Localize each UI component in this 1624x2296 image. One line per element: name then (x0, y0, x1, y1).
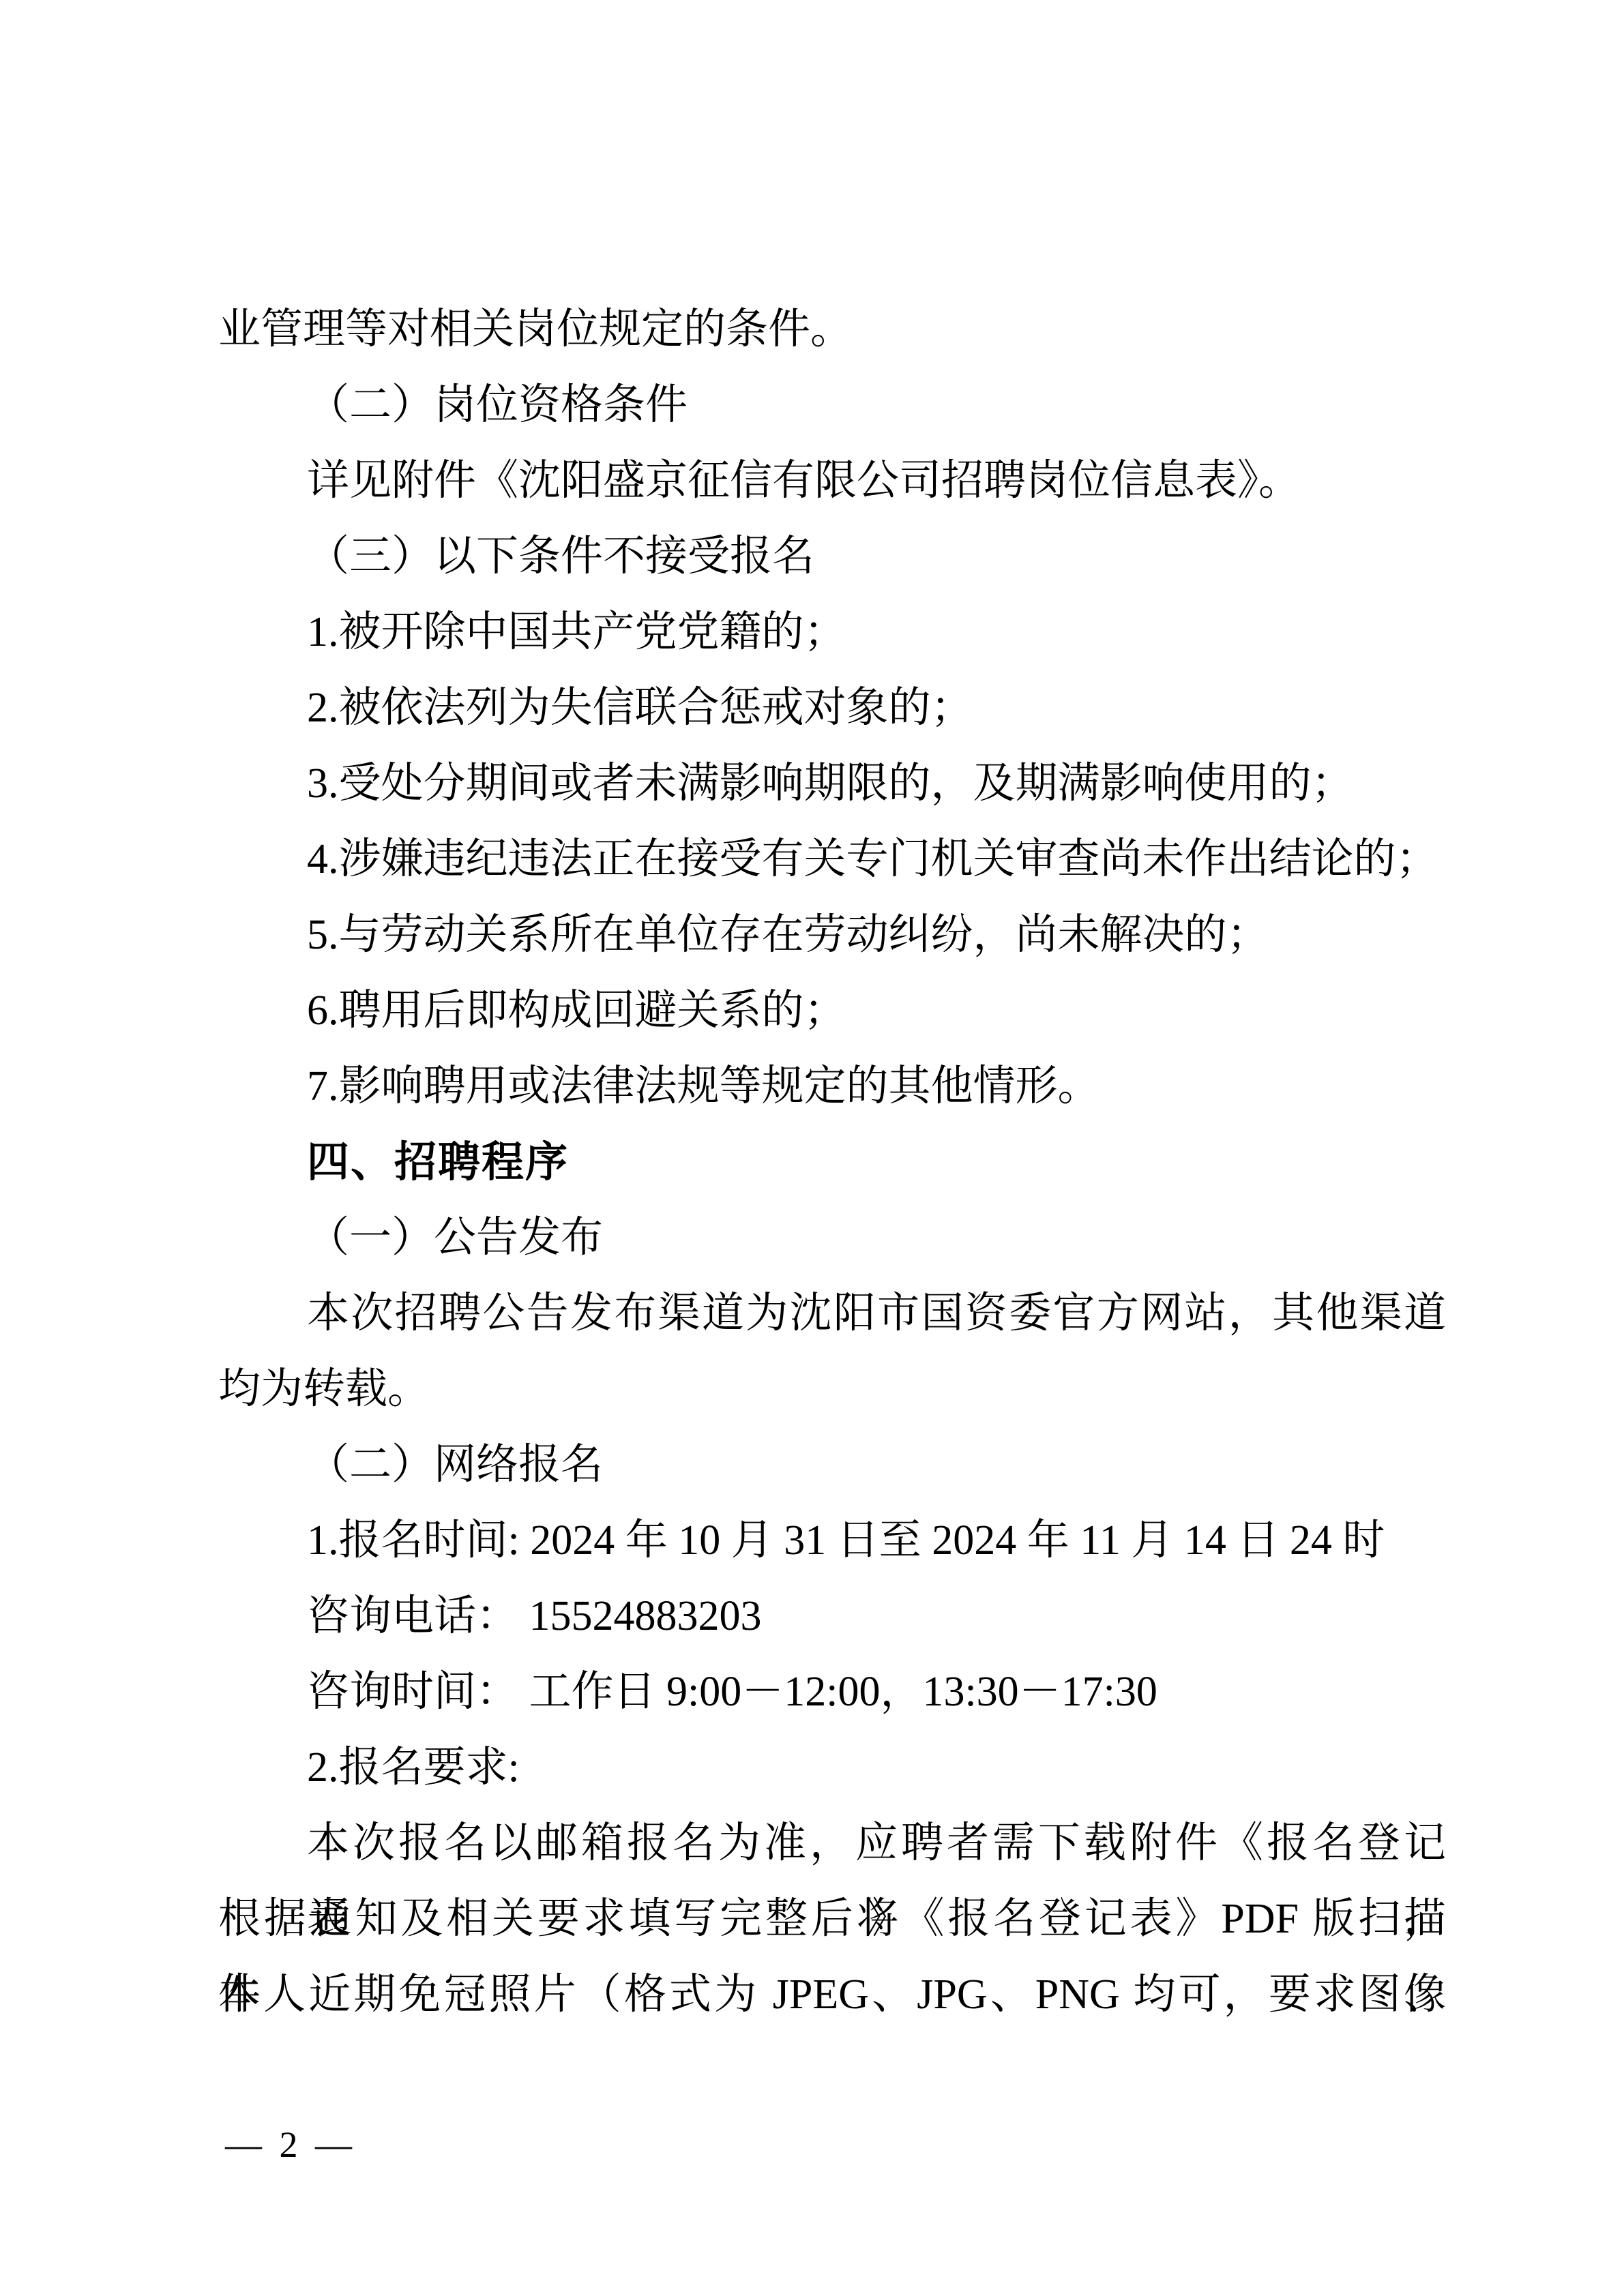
consult-phone-line: 咨询电话： 15524883203 (218, 1579, 1446, 1654)
document-page: 业管理等对相关岗位规定的条件。 （二）岗位资格条件 详见附件《沈阳盛京征信有限公… (0, 0, 1624, 2296)
text-line: 本次报名以邮箱报名为准，应聘者需下载附件《报名登记表》， (218, 1806, 1446, 1881)
registration-requirements-line: 2.报名要求: (218, 1730, 1446, 1806)
text-line: 业管理等对相关岗位规定的条件。 (218, 292, 1446, 368)
text-line: 本人近期免冠照片（格式为 JPEG、JPG、PNG 均可，要求图像 (218, 1957, 1446, 2033)
text-line: 根据通知及相关要求填写完整后将《报名登记表》PDF 版扫描件、 (218, 1881, 1446, 1957)
subheading-post-qualification: （二）岗位资格条件 (218, 368, 1446, 443)
text-line: 本次招聘公告发布渠道为沈阳市国资委官方网站，其他渠道 (218, 1276, 1446, 1352)
list-item-1: 1.被开除中国共产党党籍的； (218, 595, 1446, 670)
page-number: — 2 — (225, 2117, 356, 2172)
list-item-5: 5.与劳动关系所在单位存在劳动纠纷，尚未解决的； (218, 897, 1446, 973)
text-line: 详见附件《沈阳盛京征信有限公司招聘岗位信息表》。 (218, 443, 1446, 519)
subheading-not-accepted: （三）以下条件不接受报名 (218, 519, 1446, 595)
text-line: 均为转载。 (218, 1352, 1446, 1427)
list-item-3: 3.受处分期间或者未满影响期限的，及期满影响使用的； (218, 746, 1446, 822)
registration-time-line: 1.报名时间: 2024 年 10 月 31 日至 2024 年 11 月 14… (218, 1503, 1446, 1579)
list-item-4: 4.涉嫌违纪违法正在接受有关专门机关审查尚未作出结论的； (218, 822, 1446, 897)
list-item-6: 6.聘用后即构成回避关系的； (218, 973, 1446, 1049)
list-item-2: 2.被依法列为失信联合惩戒对象的； (218, 670, 1446, 746)
subheading-announcement-release: （一）公告发布 (218, 1200, 1446, 1276)
section-heading-recruitment-procedure: 四、招聘程序 (218, 1124, 1446, 1200)
document-body: 业管理等对相关岗位规定的条件。 （二）岗位资格条件 详见附件《沈阳盛京征信有限公… (218, 292, 1446, 2033)
subheading-online-registration: （二）网络报名 (218, 1427, 1446, 1503)
consult-time-line: 咨询时间： 工作日 9:00－12:00，13:30－17:30 (218, 1654, 1446, 1730)
list-item-7: 7.影响聘用或法律法规等规定的其他情形。 (218, 1049, 1446, 1124)
